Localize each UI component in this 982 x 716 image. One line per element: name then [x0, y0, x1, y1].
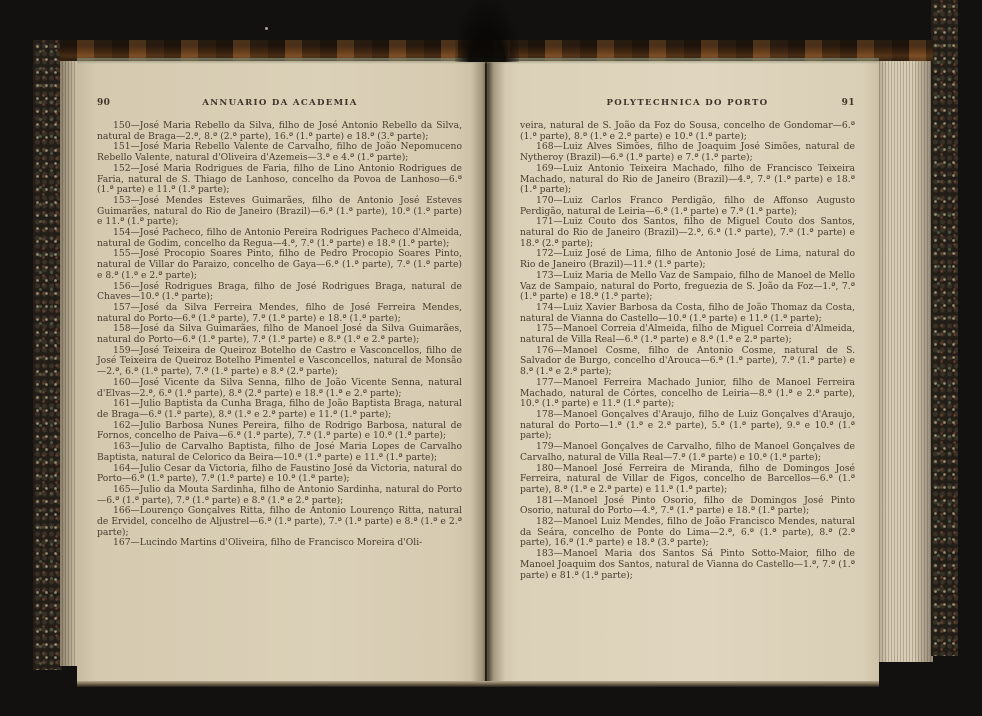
entry-paragraph: 176—Manoel Cosme, filho de Antonio Cosme… [520, 346, 855, 378]
entry-paragraph: 173—Luiz Maria de Mello Vaz de Sampaio, … [520, 271, 855, 303]
entry-paragraph: 150—José Maria Rebello da Silva, filho d… [97, 121, 462, 142]
right-page-header: POLYTECHNICA DO PORTO 91 [520, 98, 855, 108]
entry-paragraph: 163—Julio de Carvalho Baptista, filho de… [97, 442, 462, 463]
page-stack-right [877, 52, 933, 662]
entry-paragraph: 167—Lucindo Martins d'Oliveira, filho de… [97, 538, 462, 549]
entry-paragraph: 159—José Teixeira de Queiroz Botelho de … [97, 346, 462, 378]
entry-paragraph: veira, natural de S. João da Foz do Sous… [520, 121, 855, 142]
book-cover-edge-right [931, 0, 958, 656]
entry-paragraph: 162—Julio Barbosa Nunes Pereira, filho d… [97, 421, 462, 442]
entry-paragraph: 160—José Vicente da Silva Senna, filho d… [97, 378, 462, 399]
entry-paragraph: 169—Luiz Antonio Teixeira Machado, filho… [520, 164, 855, 196]
right-page-body: veira, natural de S. João da Foz do Sous… [520, 121, 855, 581]
entry-paragraph: 183—Manoel Maria dos Santos Sá Pinto Sot… [520, 549, 855, 581]
right-page: POLYTECHNICA DO PORTO 91 veira, natural … [487, 60, 879, 682]
entry-paragraph: 168—Luiz Alves Simões, filho de Joaquim … [520, 142, 855, 163]
entry-paragraph: 178—Manoel Gonçalves d'Araujo, filho de … [520, 410, 855, 442]
spine-crease-shadow [455, 0, 519, 62]
book-photo: 90 ANNUARIO DA ACADEMIA 150—José Maria R… [0, 0, 982, 716]
entry-paragraph: 158—José da Silva Guimarães, filho de Ma… [97, 324, 462, 345]
entry-paragraph: 171—Luiz Couto dos Santos, filho de Migu… [520, 217, 855, 249]
page-bottom-edge [77, 681, 879, 687]
left-page-number: 90 [97, 98, 143, 108]
book-gutter [471, 56, 505, 682]
entry-paragraph: 181—Manoel José Pinto Osorio, filho de D… [520, 496, 855, 517]
entry-paragraph: 157—José da Silva Ferreira Mendes, filho… [97, 303, 462, 324]
entry-paragraph: 179—Manoel Gonçalves de Carvalho, filho … [520, 442, 855, 463]
entry-paragraph: 182—Manoel Luiz Mendes, filho de João Fr… [520, 517, 855, 549]
entry-paragraph: 161—Julio Baptista da Cunha Braga, filho… [97, 399, 462, 420]
entry-paragraph: 174—Luiz Xavier Barbosa da Costa, filho … [520, 303, 855, 324]
entry-paragraph: 165—Julio da Mouta Sardinha, filho de An… [97, 485, 462, 506]
left-page-body: 150—José Maria Rebello da Silva, filho d… [97, 121, 462, 549]
entry-paragraph: 177—Manoel Ferreira Machado Junior, filh… [520, 378, 855, 410]
entry-paragraph: 175—Manoel Correia d'Almeida, filho de M… [520, 324, 855, 345]
right-running-title: POLYTECHNICA DO PORTO [566, 98, 809, 108]
entry-paragraph: 155—José Procopio Soares Pinto, filho de… [97, 249, 462, 281]
entry-paragraph: 152—José Maria Rodrigues de Faria, filho… [97, 164, 462, 196]
entry-paragraph: 172—Luiz José de Lima, filho de Antonio … [520, 249, 855, 270]
entry-paragraph: 170—Luiz Carlos Franco Perdigão, filho d… [520, 196, 855, 217]
right-page-number: 91 [809, 98, 855, 108]
book-cover-edge-left [33, 40, 62, 670]
left-page: 90 ANNUARIO DA ACADEMIA 150—José Maria R… [77, 60, 485, 682]
entry-paragraph: 156—José Rodrigues Braga, filho de José … [97, 282, 462, 303]
entry-paragraph: 153—José Mendes Esteves Guimarães, filho… [97, 196, 462, 228]
entry-paragraph: 151—José Maria Rebello Valente de Carval… [97, 142, 462, 163]
dust-speck [265, 27, 268, 30]
left-page-header: 90 ANNUARIO DA ACADEMIA [97, 98, 463, 108]
entry-paragraph: 154—José Pacheco, filho de Antonio Perei… [97, 228, 462, 249]
left-running-title: ANNUARIO DA ACADEMIA [143, 98, 417, 108]
entry-paragraph: 166—Lourenço Gonçalves Ritta, filho de A… [97, 506, 462, 538]
entry-paragraph: 180—Manoel José Ferreira de Miranda, fil… [520, 464, 855, 496]
entry-paragraph: 164—Julio Cesar da Victoria, filho de Fa… [97, 464, 462, 485]
